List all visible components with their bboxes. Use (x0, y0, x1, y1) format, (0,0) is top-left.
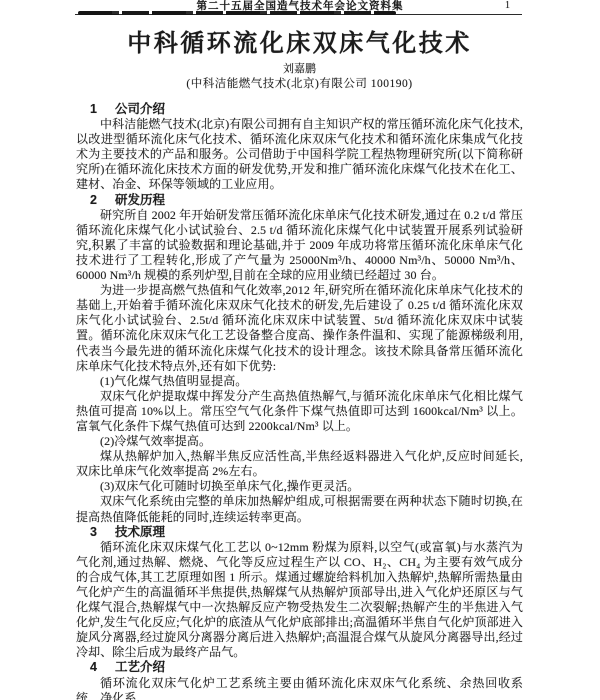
section-number: 1 (90, 102, 115, 117)
section-title: 技术原理 (115, 525, 165, 540)
section-company-intro: 1 公司介绍 中科洁能燃气技术(北京)有限公司拥有自主知识产权的常压循环流化床气… (76, 102, 523, 193)
section-heading: 1 公司介绍 (76, 102, 523, 117)
section-title: 公司介绍 (115, 102, 165, 117)
section-title: 研发历程 (115, 193, 165, 208)
body-paragraph: 中科洁能燃气技术(北京)有限公司拥有自主知识产权的常压循环流化床气化技术,以改进… (76, 117, 523, 192)
section-number: 4 (90, 660, 115, 675)
section-number: 3 (90, 525, 115, 540)
body-paragraph: 双床气化炉提取煤中挥发分产生高热值热解气,与循环流化床单床气化相比煤气热值可提高… (76, 389, 523, 434)
author-name: 刘嘉鹏 (76, 62, 523, 76)
body-paragraph: 为进一步提高燃气热值和气化效率,2012 年,研究所在循环流化床单床气化技术的基… (76, 283, 523, 374)
advantage-item: (2)冷煤气效率提高。 (76, 434, 523, 449)
section-process-intro: 4 工艺介绍 循环流化双床气化炉工艺系统主要由循环流化床双床气化系统、余热回收系… (76, 660, 523, 700)
body-paragraph: 煤从热解炉加入,热解半焦反应活性高,半焦经返料器进入气化炉,反应时间延长,双床比… (76, 449, 523, 479)
section-title: 工艺介绍 (115, 660, 165, 675)
affiliation: (中科洁能燃气技术(北京)有限公司 100190) (76, 77, 523, 92)
section-rd-history: 2 研发历程 研究所自 2002 年开始研发常压循环流化床单床气化技术研发,通过… (76, 193, 523, 525)
section-heading: 4 工艺介绍 (76, 660, 523, 675)
article-title: 中科循环流化床双床气化技术 (76, 30, 523, 58)
article: 中科循环流化床双床气化技术 刘嘉鹏 (中科洁能燃气技术(北京)有限公司 1001… (76, 0, 523, 700)
section-heading: 3 技术原理 (76, 525, 523, 540)
section-number: 2 (90, 193, 115, 208)
body-paragraph: 双床气化系统由完整的单床加热解炉组成,可根据需要在两种状态下随时切换,在提高热值… (76, 494, 523, 524)
paper-page: 第二十五届全国造气技术年会论文资料集 1 中科循环流化床双床气化技术 刘嘉鹏 (… (0, 0, 600, 700)
section-heading: 2 研发历程 (76, 193, 523, 208)
body-paragraph: 研究所自 2002 年开始研发常压循环流化床单床气化技术研发,通过在 0.2 t… (76, 208, 523, 283)
advantage-item: (3)双床气化可随时切换至单床气化,操作更灵活。 (76, 479, 523, 494)
body-paragraph: 循环流化床双床煤气化工艺以 0~12mm 粉煤为原料,以空气(或富氧)与水蒸汽为… (76, 540, 523, 661)
body-paragraph: 循环流化双床气化炉工艺系统主要由循环流化床双床气化系统、余热回收系统、净化系 (76, 676, 523, 700)
section-technical-principle: 3 技术原理 循环流化床双床煤气化工艺以 0~12mm 粉煤为原料,以空气(或富… (76, 525, 523, 661)
advantage-item: (1)气化煤气热值明显提高。 (76, 374, 523, 389)
